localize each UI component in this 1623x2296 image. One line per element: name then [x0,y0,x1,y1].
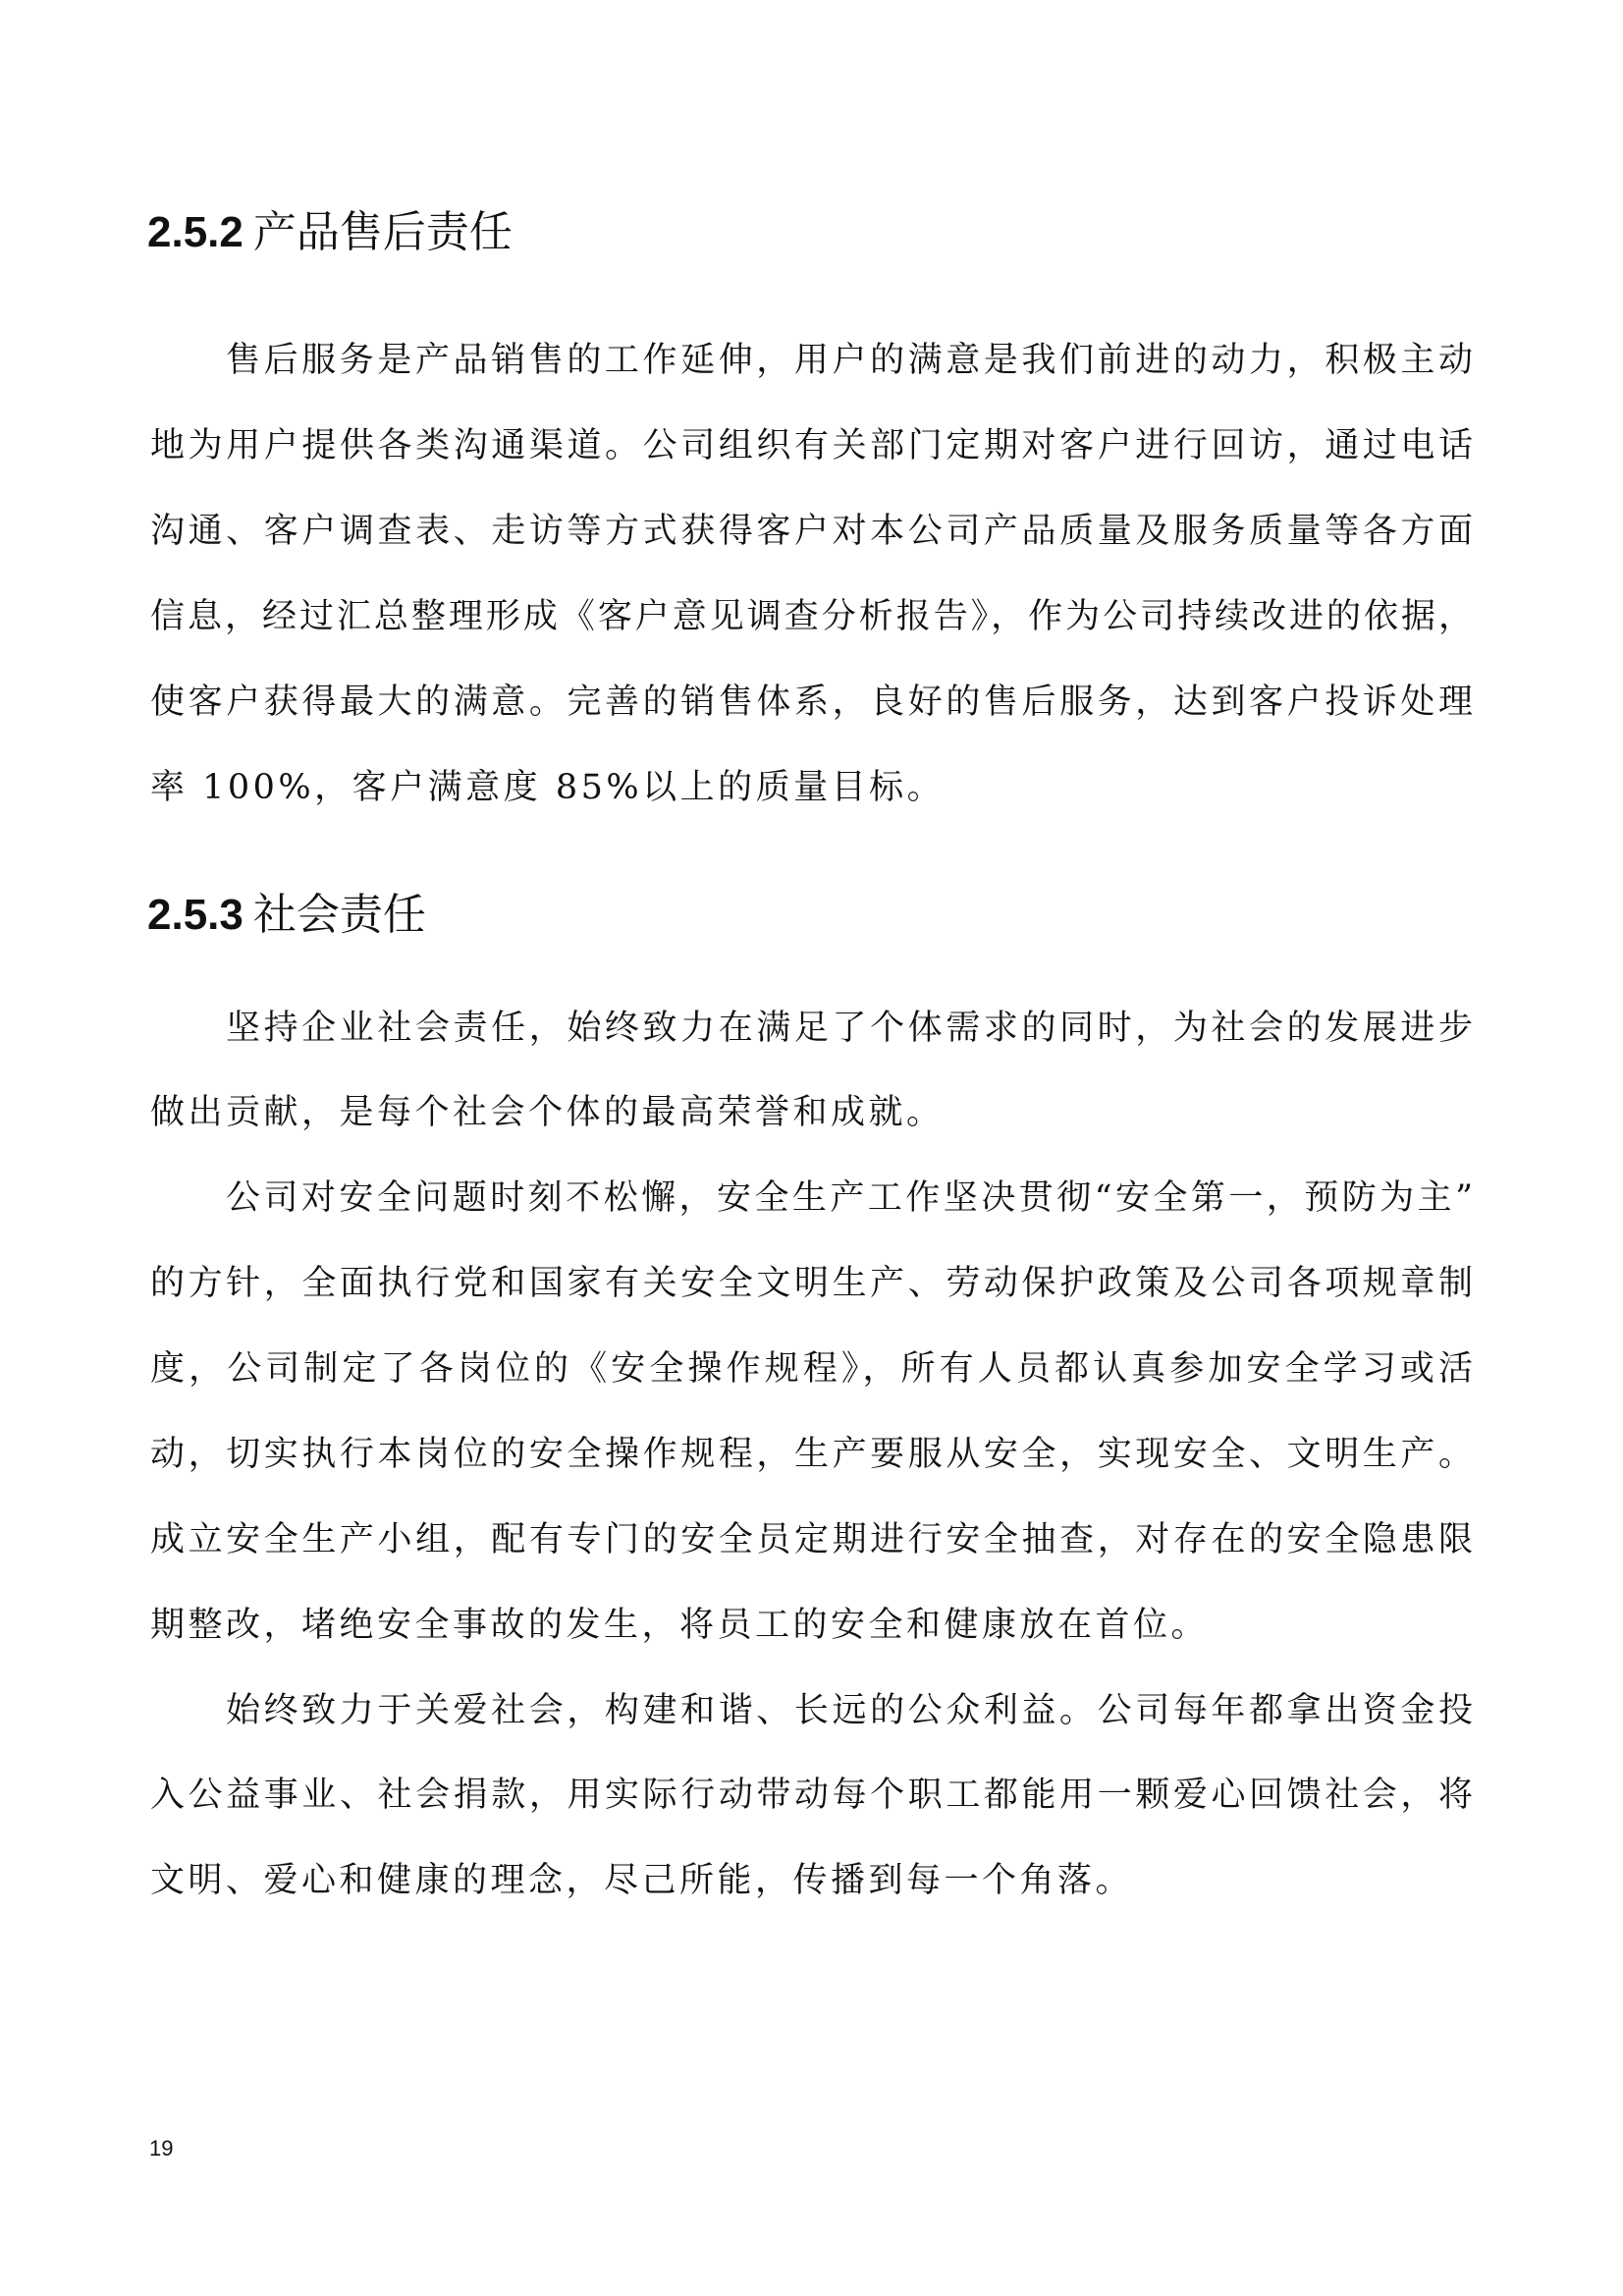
section-title: 社会责任 [253,891,426,939]
section-heading-2-5-3: 2.5.3社会责任 [147,888,426,943]
paragraph-line: 成立安全生产小组，配有专门的安全员定期进行安全抽查，对存在的安全隐患限 [150,1515,1473,1564]
section-heading-2-5-2: 2.5.2产品售后责任 [147,205,513,260]
paragraph-line: 始终致力于关爱社会，构建和谐、长远的公众利益。公司每年都拿出资金投 [226,1686,1473,1735]
paragraph-line: 的方针，全面执行党和国家有关安全文明生产、劳动保护政策及公司各项规章制 [150,1259,1473,1308]
paragraph-line: 公司对安全问题时刻不松懈，安全生产工作坚决贯彻“安全第一，预防为主” [226,1174,1473,1223]
paragraph-line: 坚持企业社会责任，始终致力在满足了个体需求的同时，为社会的发展进步 [226,1004,1473,1053]
page-number: 19 [149,2136,173,2161]
paragraph-line: 率 100%，客户满意度 85%以上的质量目标。 [150,763,1473,812]
paragraph-line: 地为用户提供各类沟通渠道。公司组织有关部门定期对客户进行回访，通过电话 [150,421,1473,470]
paragraph-line: 文明、爱心和健康的理念，尽己所能，传播到每一个角落。 [150,1856,1473,1905]
section-title: 产品售后责任 [253,208,513,256]
paragraph-line: 售后服务是产品销售的工作延伸，用户的满意是我们前进的动力，积极主动 [226,336,1473,385]
paragraph-line: 入公益事业、社会捐款，用实际行动带动每个职工都能用一颗爱心回馈社会，将 [150,1771,1473,1820]
paragraph-line: 度，公司制定了各岗位的《安全操作规程》，所有人员都认真参加安全学习或活 [150,1344,1473,1394]
section-number: 2.5.2 [147,208,243,256]
paragraph-line: 使客户获得最大的满意。完善的销售体系，良好的售后服务，达到客户投诉处理 [150,678,1473,727]
paragraph-line: 做出贡献，是每个社会个体的最高荣誉和成就。 [150,1088,1473,1137]
paragraph-line: 动，切实执行本岗位的安全操作规程，生产要服从安全，实现安全、文明生产。 [150,1430,1473,1479]
document-page: 2.5.2产品售后责任 售后服务是产品销售的工作延伸，用户的满意是我们前进的动力… [0,0,1623,2296]
paragraph-line: 信息，经过汇总整理形成《客户意见调查分析报告》，作为公司持续改进的依据， [150,592,1473,641]
paragraph-line: 期整改，堵绝安全事故的发生，将员工的安全和健康放在首位。 [150,1601,1473,1650]
paragraph-line: 沟通、客户调查表、走访等方式获得客户对本公司产品质量及服务质量等各方面 [150,507,1473,556]
section-number: 2.5.3 [147,891,243,939]
